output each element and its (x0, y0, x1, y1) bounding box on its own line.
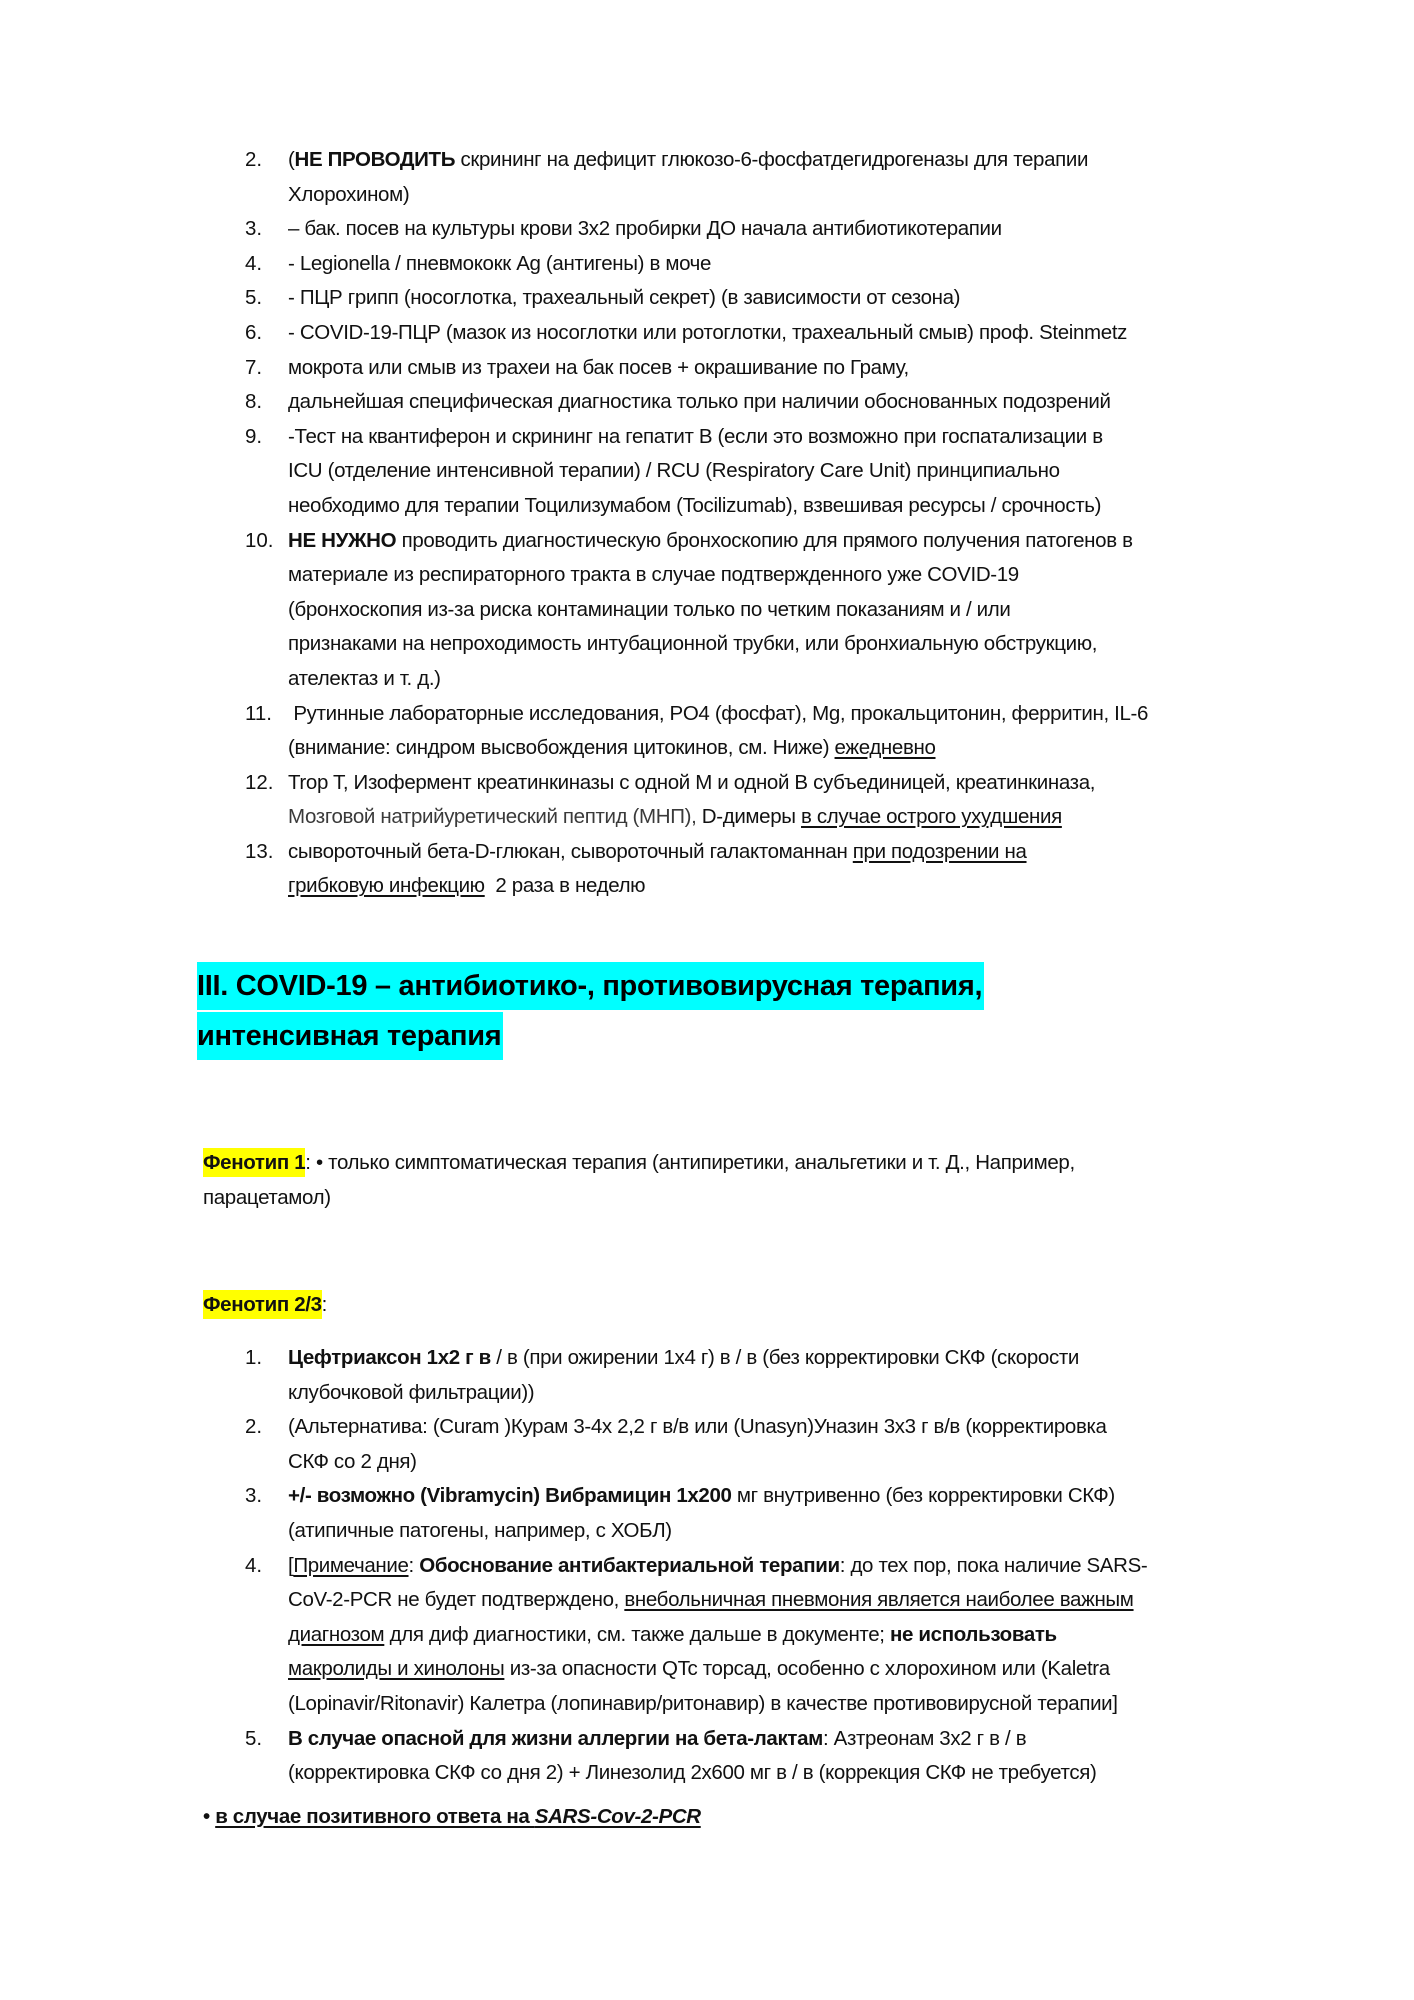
text-run: ежедневно (835, 736, 936, 759)
text-run: Обоснование антибактериальной терапии (419, 1554, 840, 1577)
final-bullet-text: в случае позитивного ответа на (215, 1805, 535, 1828)
list-item-line: сывороточный бета-D-глюкан, сывороточный… (0, 835, 1414, 870)
text-run: дальнейшая специфическая диагностика тол… (288, 390, 1111, 413)
text-run: признаками на непроходимость интубационн… (288, 632, 1097, 655)
list-item-line: Хлорохином) (0, 178, 1414, 213)
list-item-line: - Legionella / пневмококк Ag (антигены) … (0, 247, 1414, 282)
phenotype-1-paragraph: Фенотип 1: • только симптоматическая тер… (203, 1146, 1075, 1215)
list-item-line: -Тест на квантиферон и скрининг на гепат… (0, 420, 1414, 455)
text-run: грибковую инфекцию (288, 874, 485, 897)
diagnostics-item: 10.НЕ НУЖНО проводить диагностическую бр… (0, 524, 1414, 697)
text-run: НЕ ПРОВОДИТЬ (294, 148, 455, 171)
list-item-line: макролиды и хинолоны из-за опасности QTc… (0, 1652, 1414, 1687)
phenotype-1-text-cont: парацетамол) (203, 1186, 331, 1209)
text-run: (атипичные патогены, например, с ХОБЛ) (288, 1519, 672, 1542)
text-run: - ПЦР грипп (носоглотка, трахеальный сек… (288, 286, 960, 309)
list-number: 8. (245, 385, 262, 420)
text-run: - Legionella / пневмококк Ag (антигены) … (288, 252, 711, 275)
text-run: проводить диагностическую бронхоскопию д… (396, 529, 1132, 552)
diagnostics-list: 2.(НЕ ПРОВОДИТЬ скрининг на дефицит глюк… (0, 143, 1414, 904)
diagnostics-item: 12.Trop T, Изофермент креатинкиназы с од… (0, 766, 1414, 835)
section-heading-line-1: III. COVID-19 – антибиотико-, противовир… (197, 962, 984, 1010)
phenotype-23-label: Фенотип 2/3 (203, 1290, 322, 1319)
list-number: 5. (245, 281, 262, 316)
text-run: Мозговой натрийуретический пептид (МНП), (288, 805, 702, 828)
list-item-line: Цефтриаксон 1x2 г в / в (при ожирении 1x… (0, 1341, 1414, 1376)
text-run: (Lopinavir/Ritonavir) Калетра (лопинавир… (288, 1692, 1118, 1715)
list-item-line: СКФ со 2 дня) (0, 1445, 1414, 1480)
list-number: 11. (245, 697, 272, 732)
list-item-line: ателектаз и т. д.) (0, 662, 1414, 697)
list-item-line: (Альтернатива: (Curam )Курам 3-4x 2,2 г … (0, 1410, 1414, 1445)
text-run: (бронхоскопия из-за риска контаминации т… (288, 598, 1011, 621)
list-number: 2. (245, 143, 262, 178)
list-item-line: ICU (отделение интенсивной терапии) / RC… (0, 454, 1414, 489)
list-number: 7. (245, 351, 262, 386)
text-run: : Азтреонам 3x2 г в / в (823, 1727, 1026, 1750)
diagnostics-item: 5.- ПЦР грипп (носоглотка, трахеальный с… (0, 281, 1414, 316)
list-item-line: (Lopinavir/Ritonavir) Калетра (лопинавир… (0, 1687, 1414, 1722)
list-item-line: мокрота или смыв из трахеи на бак посев … (0, 351, 1414, 386)
section-heading: III. COVID-19 – антибиотико-, противовир… (197, 962, 984, 1062)
text-run: – бак. посев на культуры крови 3x2 проби… (288, 217, 1002, 240)
text-run: : до тех пор, пока наличие SARS- (840, 1554, 1148, 1577)
diagnostics-item: 9.-Тест на квантиферон и скрининг на геп… (0, 420, 1414, 524)
text-run: Рутинные лабораторные исследования, PO4 … (288, 702, 1148, 725)
list-item-line: CoV-2-PCR не будет подтверждено, внеболь… (0, 1583, 1414, 1618)
diagnostics-item: 7.мокрота или смыв из трахеи на бак посе… (0, 351, 1414, 386)
text-run: : (409, 1554, 420, 1577)
text-run: клубочковой фильтрации)) (288, 1381, 534, 1404)
therapy-item: 4.[Примечание: Обоснование антибактериал… (0, 1549, 1414, 1722)
text-run: ) принципиально (905, 459, 1060, 482)
list-item-line: дальнейшая специфическая диагностика тол… (0, 385, 1414, 420)
text-run: / в (при ожирении 1x4 г) в / в (без корр… (491, 1346, 1079, 1369)
text-run: Respiratory Care Unit (712, 459, 905, 482)
list-number: 13. (245, 835, 274, 870)
text-run: (Альтернатива: (Curam )Курам 3-4x 2,2 г … (288, 1415, 1107, 1438)
final-bullet-italic: SARS-Cov-2-PCR (535, 1805, 701, 1828)
list-item-line: (НЕ ПРОВОДИТЬ скрининг на дефицит глюкоз… (0, 143, 1414, 178)
text-run: для диф диагностики, см. также дальше в … (384, 1623, 890, 1646)
text-run: -Тест на квантиферон и скрининг на гепат… (288, 425, 1103, 448)
text-run: НЕ НУЖНО (288, 529, 396, 552)
text-run: Примечание (293, 1554, 408, 1577)
text-run: (внимание: синдром высвобождения цитокин… (288, 736, 835, 759)
text-run: Хлорохином) (288, 183, 409, 206)
list-item-line: – бак. посев на культуры крови 3x2 проби… (0, 212, 1414, 247)
phenotype-23-paragraph: Фенотип 2/3: (203, 1288, 327, 1323)
therapy-item: 5.В случае опасной для жизни аллергии на… (0, 1722, 1414, 1791)
list-number: 3. (245, 1479, 262, 1514)
list-item-line: материале из респираторного тракта в слу… (0, 558, 1414, 593)
list-item-line: клубочковой фильтрации)) (0, 1376, 1414, 1411)
text-run: внебольничная пневмония является наиболе… (624, 1588, 1133, 1611)
list-number: 1. (245, 1341, 262, 1376)
text-run: диагнозом (288, 1623, 384, 1646)
diagnostics-item: 8.дальнейшая специфическая диагностика т… (0, 385, 1414, 420)
text-run: ICU (отделение интенсивной терапии) / RC… (288, 459, 712, 482)
text-run: Цефтриаксон 1x2 г в (288, 1346, 491, 1369)
text-run: скрининг на дефицит глюкозо-6-фосфатдеги… (455, 148, 1088, 171)
list-number: 2. (245, 1410, 262, 1445)
list-item-line: - ПЦР грипп (носоглотка, трахеальный сек… (0, 281, 1414, 316)
text-run: CoV-2-PCR не будет подтверждено, (288, 1588, 624, 1611)
antibiotic-therapy-list: 1.Цефтриаксон 1x2 г в / в (при ожирении … (0, 1341, 1414, 1791)
list-item-line: Рутинные лабораторные исследования, PO4 … (0, 697, 1414, 732)
phenotype-1-label: Фенотип 1 (203, 1148, 305, 1177)
phenotype-1-text: • только симптоматическая терапия (антип… (311, 1151, 1075, 1174)
sars-cov-2-positive-bullet: • в случае позитивного ответа на SARS-Co… (203, 1800, 701, 1835)
text-run: не использовать (890, 1623, 1057, 1646)
phenotype-23-colon: : (322, 1293, 327, 1316)
therapy-item: 3.+/- возможно (Vibramycin) Вибрамицин 1… (0, 1479, 1414, 1548)
diagnostics-item: 11. Рутинные лабораторные исследования, … (0, 697, 1414, 766)
text-run: сывороточный бета-D-глюкан, сывороточный… (288, 840, 853, 863)
list-item-line: диагнозом для диф диагностики, см. также… (0, 1618, 1414, 1653)
text-run: +/- возможно (Vibramycin) Вибрамицин 1x2… (288, 1484, 732, 1507)
text-run: СКФ со 2 дня) (288, 1450, 417, 1473)
text-run: Trop T, Изофермент креатинкиназы с одной… (288, 771, 1095, 794)
list-number: 5. (245, 1722, 262, 1757)
text-run: (корректировка СКФ со дня 2) + Линезолид… (288, 1761, 1096, 1784)
text-run: при подозрении на (853, 840, 1027, 863)
list-item-line: +/- возможно (Vibramycin) Вибрамицин 1x2… (0, 1479, 1414, 1514)
list-number: 4. (245, 1549, 262, 1584)
list-number: 3. (245, 212, 262, 247)
list-item-line: Мозговой натрийуретический пептид (МНП),… (0, 800, 1414, 835)
text-run: из-за опасности QTc торсад, особенно с х… (504, 1657, 1109, 1680)
text-run: необходимо для терапии Тоцилизумабом (To… (288, 494, 1101, 517)
list-number: 10. (245, 524, 274, 559)
list-item-line: грибковую инфекцию 2 раза в неделю (0, 869, 1414, 904)
list-item-line: (бронхоскопия из-за риска контаминации т… (0, 593, 1414, 628)
section-heading-line-2: интенсивная терапия (197, 1012, 503, 1060)
text-run: - COVID-19-ПЦР (мазок из носоглотки или … (288, 321, 1127, 344)
text-run: материале из респираторного тракта в слу… (288, 563, 1019, 586)
text-run: мг внутривенно (без корректировки СКФ) (732, 1484, 1115, 1507)
list-item-line: (внимание: синдром высвобождения цитокин… (0, 731, 1414, 766)
diagnostics-item: 6.- COVID-19-ПЦР (мазок из носоглотки ил… (0, 316, 1414, 351)
list-item-line: - COVID-19-ПЦР (мазок из носоглотки или … (0, 316, 1414, 351)
diagnostics-item: 4.- Legionella / пневмококк Ag (антигены… (0, 247, 1414, 282)
bullet-icon: • (203, 1805, 215, 1828)
list-item-line: признаками на непроходимость интубационн… (0, 627, 1414, 662)
text-run: ателектаз и т. д.) (288, 667, 441, 690)
text-run: мокрота или смыв из трахеи на бак посев … (288, 356, 909, 379)
list-number: 6. (245, 316, 262, 351)
list-item-line: необходимо для терапии Тоцилизумабом (To… (0, 489, 1414, 524)
list-item-line: В случае опасной для жизни аллергии на б… (0, 1722, 1414, 1757)
therapy-item: 2.(Альтернатива: (Curam )Курам 3-4x 2,2 … (0, 1410, 1414, 1479)
list-item-line: [Примечание: Обоснование антибактериальн… (0, 1549, 1414, 1584)
diagnostics-item: 3.– бак. посев на культуры крови 3x2 про… (0, 212, 1414, 247)
list-item-line: Trop T, Изофермент креатинкиназы с одной… (0, 766, 1414, 801)
list-number: 12. (245, 766, 274, 801)
list-item-line: (атипичные патогены, например, с ХОБЛ) (0, 1514, 1414, 1549)
diagnostics-item: 2.(НЕ ПРОВОДИТЬ скрининг на дефицит глюк… (0, 143, 1414, 212)
therapy-item: 1.Цефтриаксон 1x2 г в / в (при ожирении … (0, 1341, 1414, 1410)
list-number: 4. (245, 247, 262, 282)
list-item-line: (корректировка СКФ со дня 2) + Линезолид… (0, 1756, 1414, 1791)
list-item-line: НЕ НУЖНО проводить диагностическую бронх… (0, 524, 1414, 559)
document-page: 2.(НЕ ПРОВОДИТЬ скрининг на дефицит глюк… (0, 0, 1414, 2000)
text-run: D-димеры (702, 805, 801, 828)
list-number: 9. (245, 420, 262, 455)
text-run: макролиды и хинолоны (288, 1657, 504, 1680)
diagnostics-item: 13.сывороточный бета-D-глюкан, сывороточ… (0, 835, 1414, 904)
text-run: В случае опасной для жизни аллергии на б… (288, 1727, 823, 1750)
text-run: в случае острого ухудшения (801, 805, 1062, 828)
text-run: 2 раза в неделю (485, 874, 645, 897)
